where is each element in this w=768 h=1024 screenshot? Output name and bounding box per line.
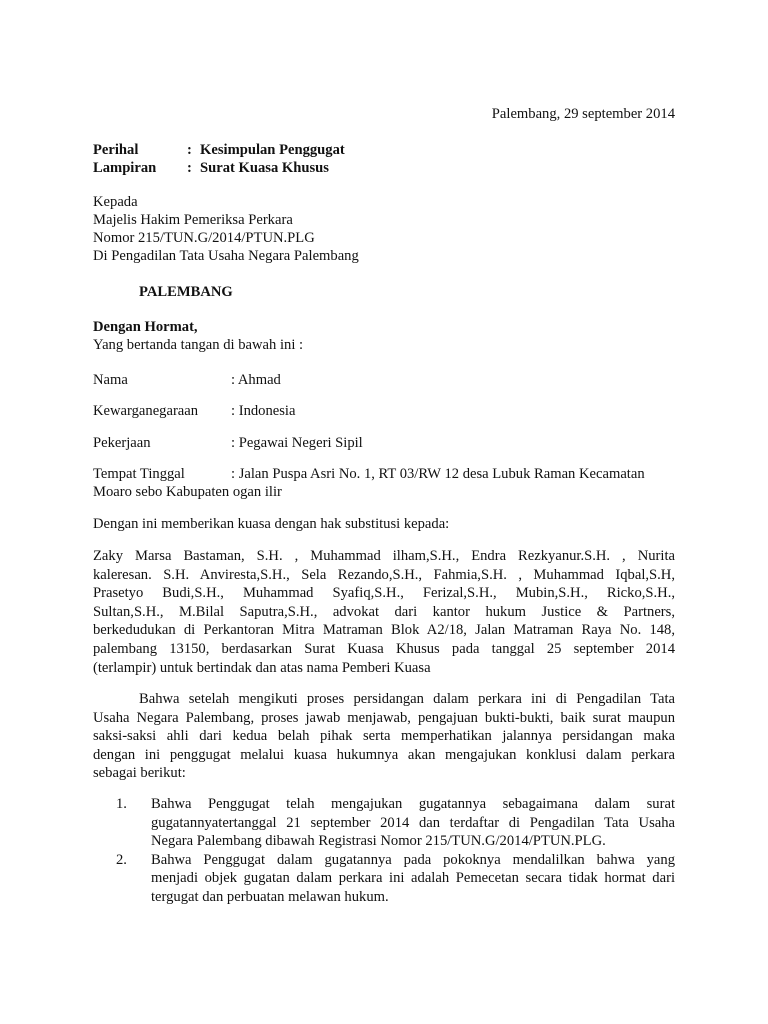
recipient-city: PALEMBANG: [139, 283, 233, 301]
attachment-value: Surat Kuasa Khusus: [200, 159, 329, 177]
recipient-kepada: Kepada: [93, 193, 138, 211]
attorneys-line: berkedudukan di Perkantoran Mitra Matram…: [93, 621, 675, 640]
body-paragraph: Bahwa setelah mengikuti proses persidang…: [93, 690, 675, 783]
recipient-court: Di Pengadilan Tata Usaha Negara Palemban…: [93, 247, 359, 265]
body-line: dengan ini penggugat melalui kuasa hukum…: [93, 746, 675, 765]
field-value-pekerjaan: : Pegawai Negeri Sipil: [231, 434, 363, 452]
recipient-judges: Majelis Hakim Pemeriksa Perkara: [93, 211, 293, 229]
list-line: gugatannyatertanggal 21 september 2014 d…: [151, 814, 675, 833]
field-label-pekerjaan: Pekerjaan: [93, 434, 151, 452]
subject-colon: :: [187, 141, 192, 159]
field-label-tempat-tinggal: Tempat Tinggal: [93, 465, 185, 483]
list-number: 1.: [116, 795, 127, 814]
list-item: 1. Bahwa Penggugat telah mengajukan guga…: [93, 795, 675, 851]
attorneys-line: Zaky Marsa Bastaman, S.H. , Muhammad ilh…: [93, 547, 675, 566]
body-line: sebagai berikut:: [93, 764, 675, 783]
field-value-tempat-tinggal-cont: Moaro sebo Kabupaten ogan ilir: [93, 483, 282, 501]
list-line: Bahwa Penggugat dalam gugatannya pada po…: [151, 851, 675, 870]
body-line: saksi-saksi ahli dari kedua belah pihak …: [93, 727, 675, 746]
attorneys-line: Sultan,S.H., M.Bilal Saputra,S.H., advok…: [93, 603, 675, 622]
recipient-case-number: Nomor 215/TUN.G/2014/PTUN.PLG: [93, 229, 315, 247]
field-label-nama: Nama: [93, 371, 128, 389]
field-label-kewarganegaraan: Kewarganegaraan: [93, 402, 198, 420]
subject-label: Perihal: [93, 141, 138, 159]
attorneys-line: kaleresan. S.H. Anviresta,S.H., Sela Rez…: [93, 566, 675, 585]
list-line: Bahwa Penggugat telah mengajukan gugatan…: [151, 795, 675, 814]
subject-value: Kesimpulan Penggugat: [200, 141, 345, 159]
body-line: Usaha Negara Palembang, proses jawab men…: [93, 709, 675, 728]
attorneys-line: Prasetyo Budi,S.H., Muhammad Syafiq,S.H.…: [93, 584, 675, 603]
intro-text: Yang bertanda tangan di bawah ini :: [93, 336, 303, 354]
list-line: menjadi objek gugatan dalam perkara ini …: [151, 869, 675, 888]
attorneys-paragraph: Zaky Marsa Bastaman, S.H. , Muhammad ilh…: [93, 547, 675, 677]
power-of-attorney-intro: Dengan ini memberikan kuasa dengan hak s…: [93, 515, 449, 533]
list-item: 2. Bahwa Penggugat dalam gugatannya pada…: [93, 851, 675, 907]
conclusion-list: 1. Bahwa Penggugat telah mengajukan guga…: [93, 795, 675, 907]
list-number: 2.: [116, 851, 127, 870]
attorneys-line: (terlampir) untuk bertindak dan atas nam…: [93, 659, 675, 678]
place-date: Palembang, 29 september 2014: [492, 105, 675, 123]
document-page: Palembang, 29 september 2014 Perihal : K…: [0, 0, 768, 1024]
field-value-kewarganegaraan: : Indonesia: [231, 402, 295, 420]
attachment-label: Lampiran: [93, 159, 156, 177]
field-value-nama: : Ahmad: [231, 371, 281, 389]
attachment-colon: :: [187, 159, 192, 177]
salutation: Dengan Hormat,: [93, 318, 198, 336]
list-line: tergugat dan perbuatan melawan hukum.: [151, 888, 675, 907]
field-value-tempat-tinggal: : Jalan Puspa Asri No. 1, RT 03/RW 12 de…: [231, 465, 645, 483]
list-line: Negara Palembang dibawah Registrasi Nomo…: [151, 832, 675, 851]
body-line: Bahwa setelah mengikuti proses persidang…: [93, 690, 675, 709]
attorneys-line: palembang 13150, berdasarkan Surat Kuasa…: [93, 640, 675, 659]
